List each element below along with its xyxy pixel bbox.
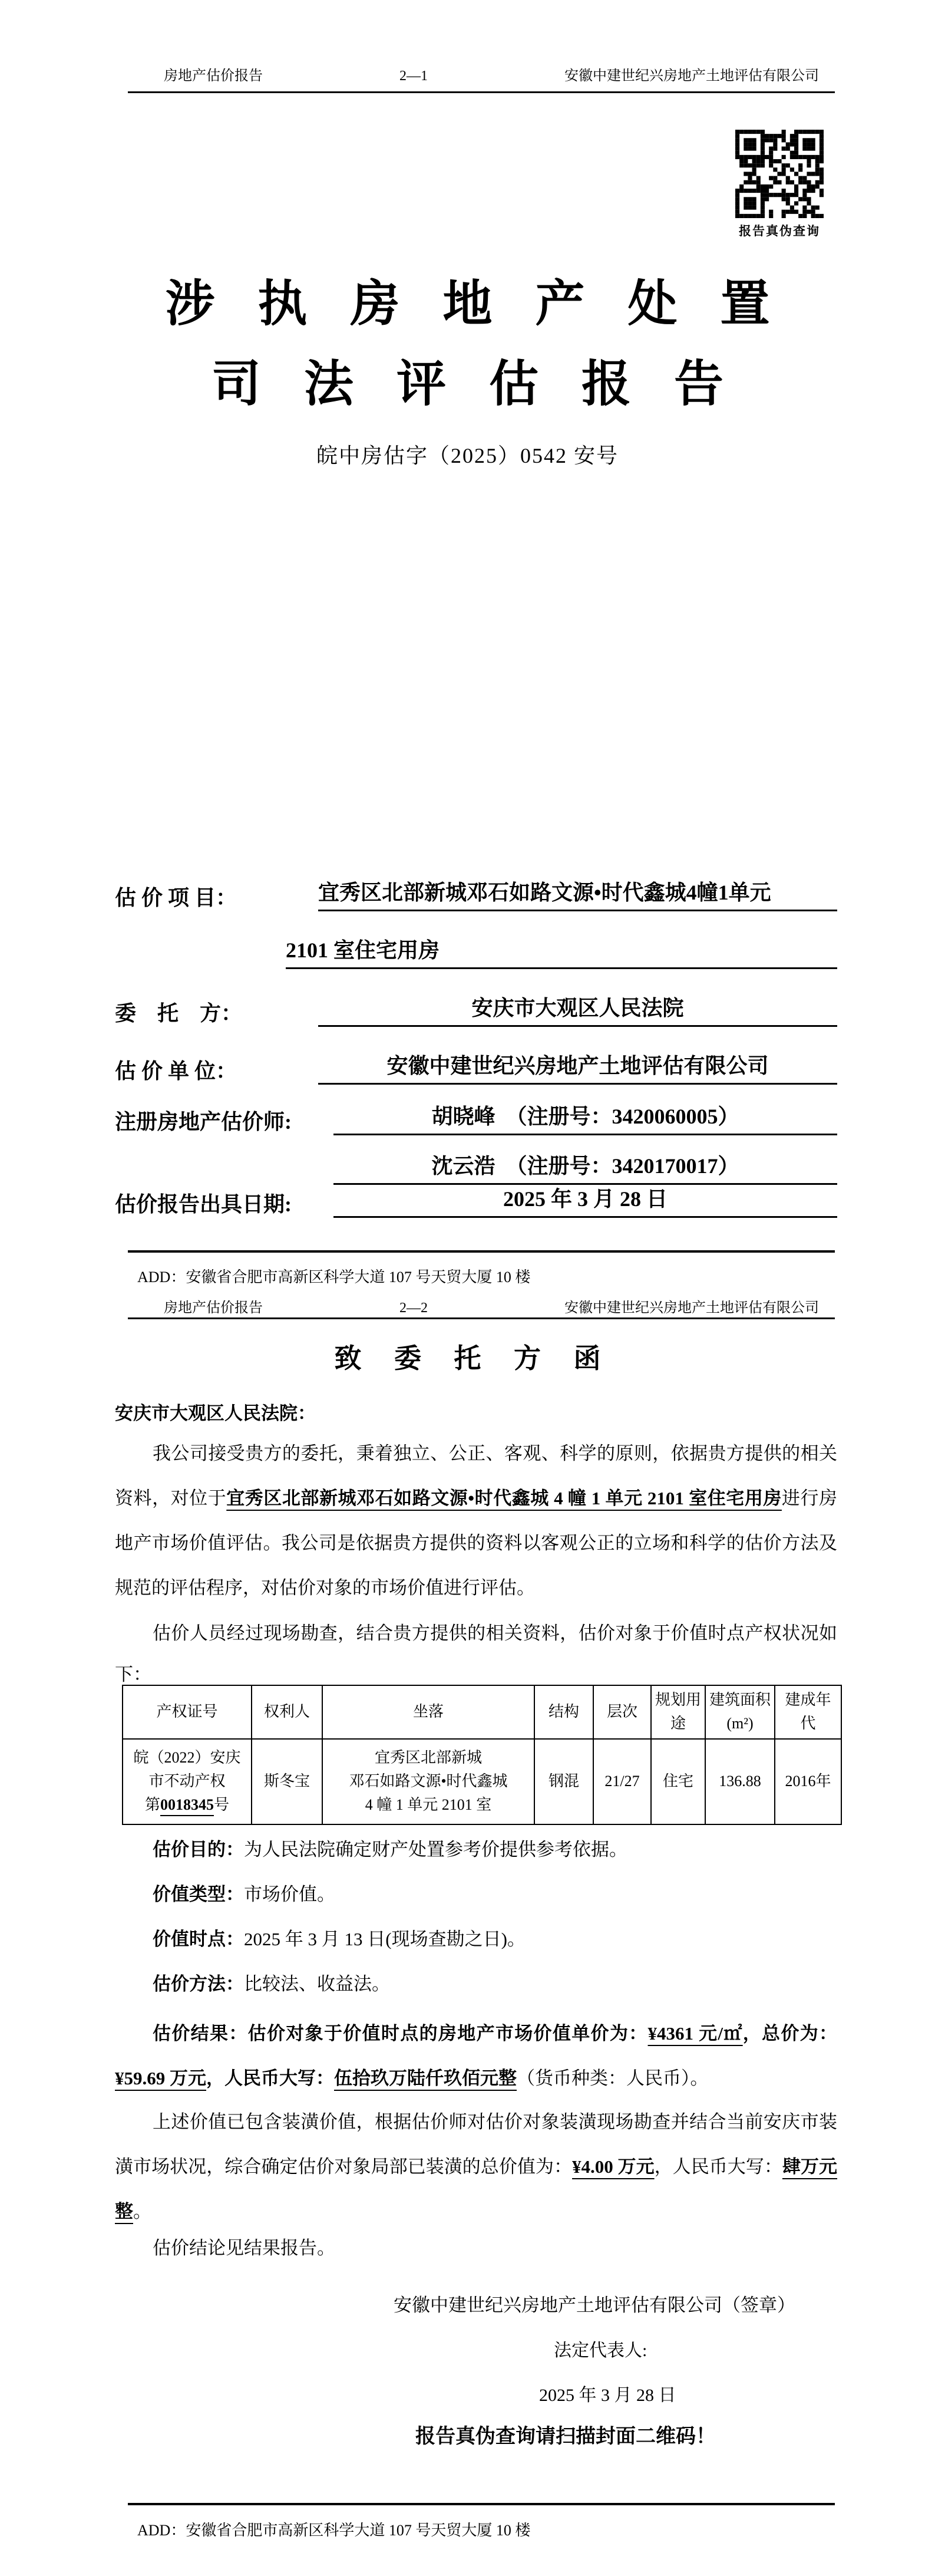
result-unit-price: ¥4361 元/㎡ — [648, 2023, 743, 2044]
page1-footer-address: ADD：安徽省合肥市高新区科学大道 107 号天贸大厦 10 楼 — [137, 1265, 530, 1287]
col-year-built: 建成年代 — [775, 1685, 841, 1739]
result-paragraph: 估价结果：估价对象于价值时点的房地产市场价值单价为：¥4361 元/㎡，总价为：… — [115, 2011, 837, 2101]
page1-header-doc-type: 房地产估价报告 — [164, 64, 263, 84]
cell-owner: 斯冬宝 — [252, 1739, 322, 1824]
decoration-seg2: ，人民币大写： — [655, 2156, 782, 2177]
letter-paragraph-1: 我公司接受贵方的委托，秉着独立、公正、客观、科学的原则，依据贵方提供的相关资料，… — [115, 1431, 837, 1610]
decoration-paragraph: 上述价值已包含装潢价值，根据估价师对估价对象装潢现场勘查并结合当前安庆市装潢市场… — [115, 2100, 837, 2234]
field-agency-label: 估 价 单 位： — [115, 1055, 318, 1085]
field-project-line2: 2101 室住宅用房 — [286, 931, 837, 969]
item-value-date-text: 2025 年 3 月 13 日(现场查勘之日)。 — [244, 1929, 526, 1949]
page2-header-doc-type: 房地产估价报告 — [164, 1296, 263, 1316]
page2-header-rule — [128, 1317, 835, 1319]
field-report-date-label: 估价报告出具日期: — [115, 1188, 333, 1218]
col-owner: 权利人 — [252, 1685, 322, 1739]
field-appraiser-label: 注册房地产估价师: — [115, 1105, 333, 1135]
item-purpose: 估价目的：为人民法院确定财产处置参考价提供参考依据。 — [115, 1834, 837, 1861]
property-table-row: 皖（2022）安庆 市不动产权 第0018345号 斯冬宝 宜秀区北部新城 邓石… — [123, 1739, 841, 1824]
letter-paragraph-2: 估价人员经过现场勘查，结合贵方提供的相关资料，估价对象于价值时点产权状况如下： — [115, 1613, 837, 1695]
field-client-label: 委 托 方： — [115, 997, 318, 1027]
cell-floor: 21/27 — [593, 1739, 651, 1824]
page2-header-page-number: 2—2 — [399, 1300, 428, 1316]
col-floor-area: 建筑面积(m²) — [705, 1685, 775, 1739]
result-total-caps: 伍拾玖万陆仟玖佰元整 — [334, 2068, 517, 2089]
col-cert-no: 产权证号 — [123, 1685, 252, 1739]
decoration-seg3: 。 — [133, 2201, 151, 2222]
cert-line2: 市不动产权 — [127, 1770, 247, 1793]
field-report-date-value: 2025 年 3 月 28 日 — [333, 1182, 837, 1218]
page1-header-company: 安徽中建世纪兴房地产土地评估有限公司 — [564, 64, 819, 84]
property-table: 产权证号 权利人 坐落 结构 层次 规划用途 建筑面积(m²) 建成年代 皖（2… — [122, 1685, 842, 1825]
qr-caption: 报告真伪查询 — [734, 222, 825, 239]
item-purpose-label: 估价目的： — [153, 1839, 244, 1860]
cert-suffix: 号 — [214, 1796, 229, 1813]
letter-salutation: 安庆市大观区人民法院： — [115, 1398, 837, 1425]
cell-structure: 钢混 — [534, 1739, 593, 1824]
cert-number: 0018345 — [160, 1796, 214, 1813]
page1-footer-rule — [128, 1250, 835, 1253]
location-line1: 宜秀区北部新城 — [326, 1746, 530, 1770]
qr-block: 报告真伪查询 — [734, 130, 825, 239]
item-method-label: 估价方法： — [153, 1974, 244, 1994]
page2-header-company: 安徽中建世纪兴房地产土地评估有限公司 — [564, 1296, 819, 1316]
field-appraiser-2-value: 沈云浩 （注册号：3420170017） — [333, 1149, 837, 1185]
cell-year-built: 2016年 — [775, 1739, 841, 1824]
field-client: 委 托 方： 安庆市大观区人民法院 — [115, 989, 837, 1027]
result-total-price: ¥59.69 万元 — [115, 2068, 206, 2089]
property-table-header-row: 产权证号 权利人 坐落 结构 层次 规划用途 建筑面积(m²) 建成年代 — [123, 1685, 841, 1739]
report-doc-number: 皖中房估字（2025）0542 安号 — [0, 439, 935, 469]
item-value-date: 价值时点：2025 年 3 月 13 日(现场查勘之日)。 — [115, 1924, 837, 1951]
decoration-price: ¥4.00 万元 — [572, 2156, 655, 2177]
item-value-type-text: 市场价值。 — [244, 1884, 335, 1905]
result-label: 估价结果： — [153, 2023, 248, 2044]
cert-line1: 皖（2022）安庆 — [127, 1746, 247, 1770]
field-appraiser-2: 沈云浩 （注册号：3420170017） — [115, 1147, 837, 1185]
page2-footer-rule — [128, 2503, 835, 2505]
field-agency-value: 安徽中建世纪兴房地产土地评估有限公司 — [318, 1049, 837, 1085]
paragraph-1-subject: 宜秀区北部新城邓石如路文源•时代鑫城 4 幢 1 单元 2101 室住宅用房 — [226, 1488, 782, 1508]
result-seg4: （货币种类：人民币）。 — [517, 2068, 709, 2089]
page1-header: 房地产估价报告 2—1 安徽中建世纪兴房地产土地评估有限公司 — [164, 64, 819, 84]
col-planned-use: 规划用途 — [651, 1685, 705, 1739]
page2-header: 房地产估价报告 2—2 安徽中建世纪兴房地产土地评估有限公司 — [164, 1296, 819, 1316]
location-line2: 邓石如路文源•时代鑫城 — [326, 1770, 530, 1793]
field-project: 估 价 项 目： 宜秀区北部新城邓石如路文源•时代鑫城4幢1单元 — [115, 874, 837, 911]
item-value-date-label: 价值时点： — [153, 1929, 244, 1949]
col-location: 坐落 — [322, 1685, 534, 1739]
signature-date: 2025 年 3 月 28 日 — [539, 2380, 676, 2406]
report-title-line2: 司 法 评 估 报 告 — [0, 344, 935, 416]
qr-code — [735, 130, 824, 218]
cell-location: 宜秀区北部新城 邓石如路文源•时代鑫城 4 幢 1 单元 2101 室 — [322, 1739, 534, 1824]
col-structure: 结构 — [534, 1685, 593, 1739]
result-seg2: ，总价为： — [743, 2023, 837, 2044]
cert-prefix: 第 — [145, 1796, 160, 1813]
conclusion-note: 估价结论见结果报告。 — [115, 2233, 837, 2259]
report-title-line1: 涉 执 房 地 产 处 置 — [0, 264, 935, 335]
scan-qr-note: 报告真伪查询请扫描封面二维码！ — [415, 2420, 716, 2449]
field-project-value-line1: 宜秀区北部新城邓石如路文源•时代鑫城4幢1单元 — [318, 876, 837, 911]
field-client-value: 安庆市大观区人民法院 — [318, 991, 837, 1027]
signature-company: 安徽中建世纪兴房地产土地评估有限公司（签章） — [394, 2290, 795, 2317]
page2-footer-address: ADD：安徽省合肥市高新区科学大道 107 号天贸大厦 10 楼 — [137, 2518, 530, 2540]
field-project-label: 估 价 项 目： — [115, 881, 318, 911]
col-floor: 层次 — [593, 1685, 651, 1739]
cell-cert-no: 皖（2022）安庆 市不动产权 第0018345号 — [123, 1739, 252, 1824]
letter-title: 致 委 托 方 函 — [0, 1337, 935, 1376]
cell-floor-area: 136.88 — [705, 1739, 775, 1824]
cert-line3: 第0018345号 — [127, 1793, 247, 1817]
item-value-type: 价值类型：市场价值。 — [115, 1879, 837, 1906]
field-project-value-line2: 2101 室住宅用房 — [286, 934, 837, 969]
page1-header-page-number: 2—1 — [399, 68, 428, 84]
field-agency: 估 价 单 位： 安徽中建世纪兴房地产土地评估有限公司 — [115, 1047, 837, 1085]
field-appraiser-1: 注册房地产估价师: 胡晓峰 （注册号：3420060005） — [115, 1098, 837, 1135]
result-seg1: 估价对象于价值时点的房地产市场价值单价为： — [248, 2023, 648, 2044]
result-seg3: ，人民币大写： — [206, 2068, 334, 2089]
location-line3: 4 幢 1 单元 2101 室 — [326, 1793, 530, 1817]
item-method: 估价方法：比较法、收益法。 — [115, 1969, 837, 1995]
cell-planned-use: 住宅 — [651, 1739, 705, 1824]
field-report-date: 估价报告出具日期: 2025 年 3 月 28 日 — [115, 1180, 837, 1218]
field-appraiser-1-value: 胡晓峰 （注册号：3420060005） — [333, 1100, 837, 1135]
item-method-text: 比较法、收益法。 — [244, 1974, 390, 1994]
page1-header-rule — [128, 91, 835, 93]
item-purpose-text: 为人民法院确定财产处置参考价提供参考依据。 — [244, 1839, 627, 1860]
item-value-type-label: 价值类型： — [153, 1884, 244, 1905]
report-document: 房地产估价报告 2—1 安徽中建世纪兴房地产土地评估有限公司 报告真伪查询 涉 … — [0, 0, 935, 2576]
signature-legal-rep: 法定代表人: — [554, 2335, 647, 2361]
